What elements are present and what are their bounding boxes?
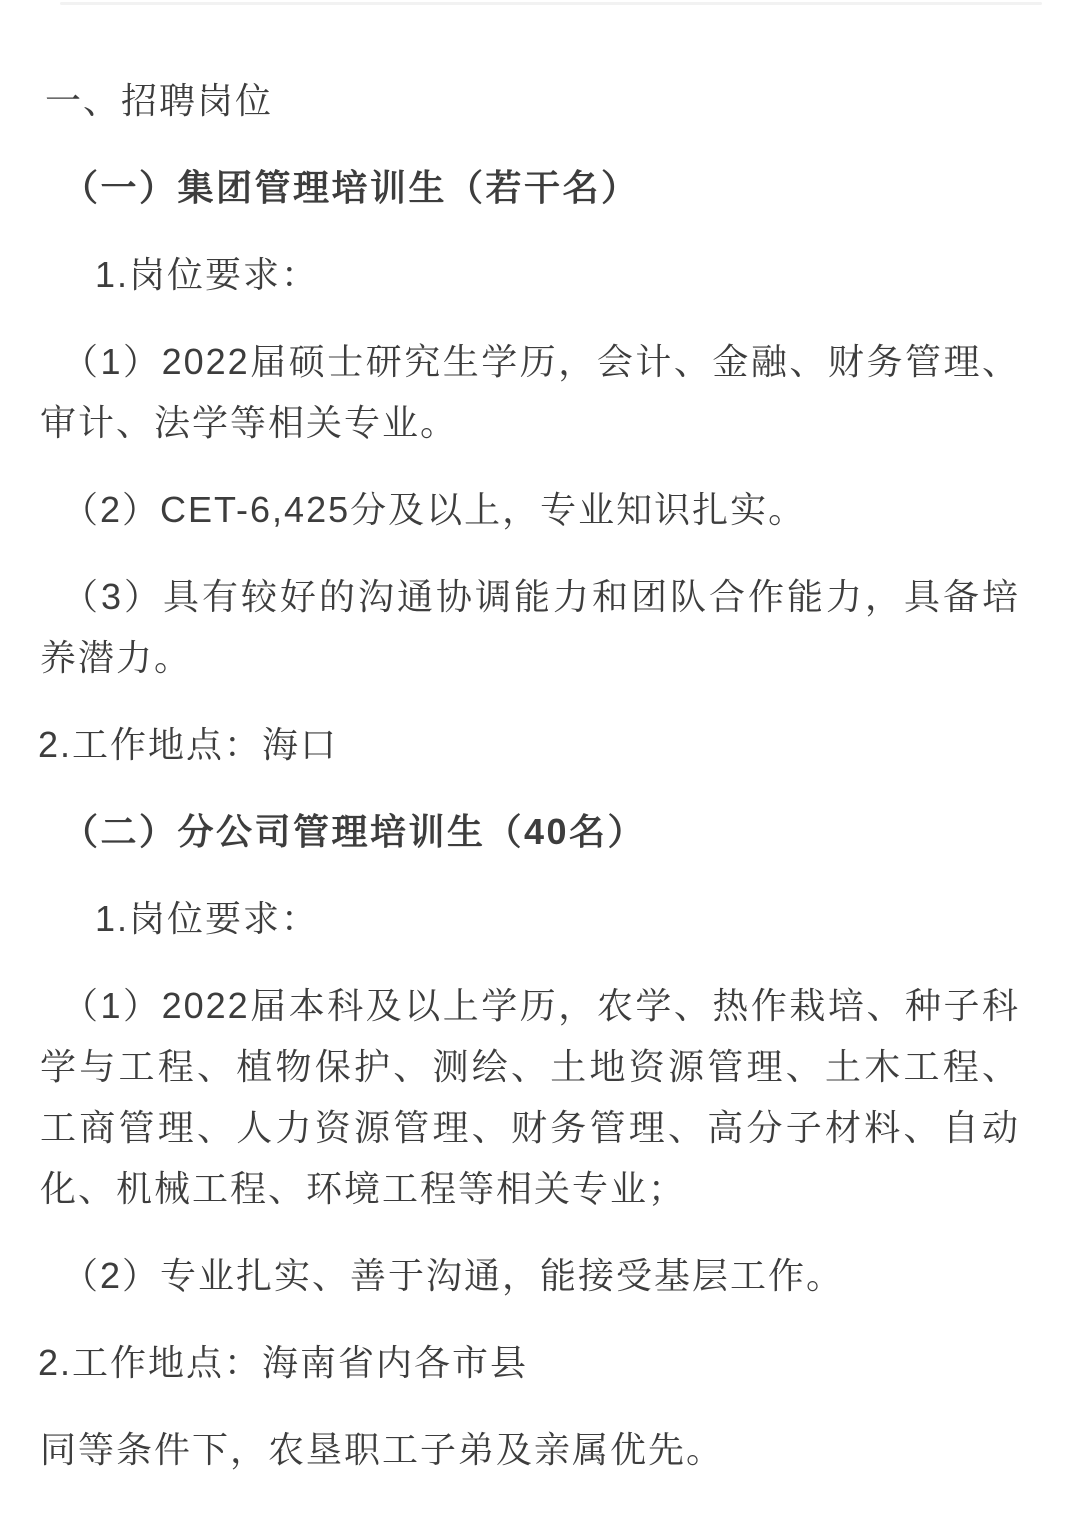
article-page: 一、招聘岗位（一）集团管理培训生（若干名）1.岗位要求：（1）2022届硕士研究… bbox=[0, 0, 1080, 1516]
paragraph-loc-11: 2.工作地点：海南省内各市县 bbox=[38, 1332, 1020, 1393]
paragraph-sub-2: 1.岗位要求： bbox=[95, 244, 1020, 305]
paragraph-section-0: 一、招聘岗位 bbox=[45, 70, 1020, 131]
paragraph-item-10: （2）专业扎实、善于沟通，能接受基层工作。 bbox=[40, 1245, 1020, 1306]
top-divider-line bbox=[60, 2, 1042, 5]
paragraph-item-3: （1）2022届硕士研究生学历，会计、金融、财务管理、审计、法学等相关专业。 bbox=[40, 331, 1020, 453]
paragraph-item-5: （3）具有较好的沟通协调能力和团队合作能力，具备培养潜力。 bbox=[40, 566, 1020, 688]
paragraph-item-9: （1）2022届本科及以上学历，农学、热作栽培、种子科学与工程、植物保护、测绘、… bbox=[40, 975, 1020, 1219]
paragraph-heading-7: （二）分公司管理培训生（40名） bbox=[62, 801, 1020, 862]
document-body: 一、招聘岗位（一）集团管理培训生（若干名）1.岗位要求：（1）2022届硕士研究… bbox=[0, 70, 1080, 1480]
paragraph-heading-1: （一）集团管理培训生（若干名） bbox=[62, 157, 1020, 218]
paragraph-item-4: （2）CET-6,425分及以上，专业知识扎实。 bbox=[40, 479, 1020, 540]
paragraph-sub-8: 1.岗位要求： bbox=[95, 888, 1020, 949]
paragraph-loc-6: 2.工作地点：海口 bbox=[38, 714, 1020, 775]
paragraph-plain-12: 同等条件下，农垦职工子弟及亲属优先。 bbox=[40, 1419, 1020, 1480]
